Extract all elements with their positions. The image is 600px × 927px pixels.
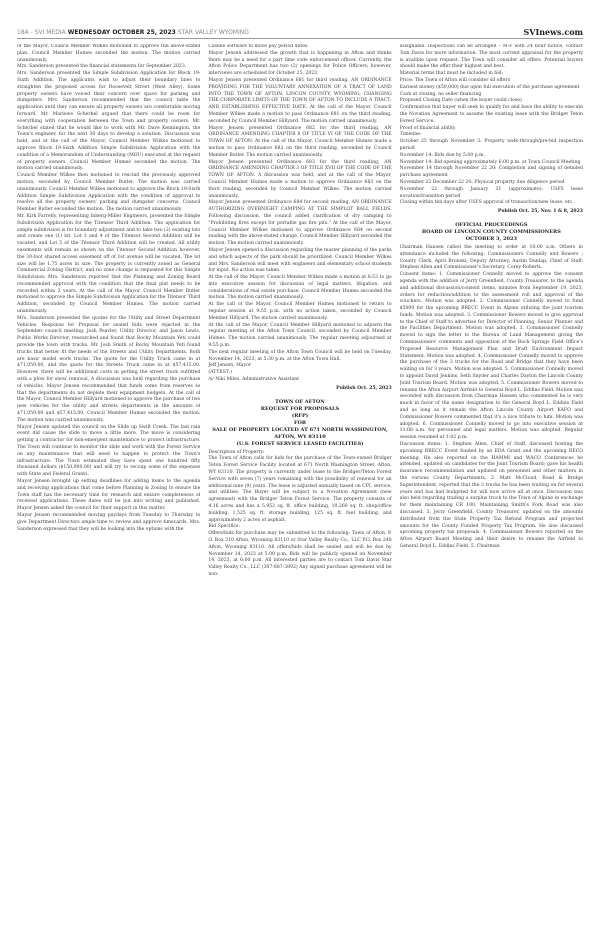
paragraph: Mayor Jensen presented Ordinance 683 for…: [208, 160, 391, 201]
rfp-heading-line: (U.S. FOREST SERVICE LEASED FACILITIES): [208, 441, 391, 448]
publish-notice: Publish Oct. 25, 2023: [208, 386, 391, 393]
paragraph: Chairman Hansen called the meeting to or…: [400, 245, 583, 272]
paragraph: Proof of financial ability: [400, 126, 583, 133]
column-1: of the Mayor, Council Member Wilkes moti…: [17, 44, 200, 897]
rfp-heading-line: (RFP): [208, 413, 391, 420]
paragraph: Mayor Jensen updated the council on the …: [17, 425, 200, 479]
issue-date: WEDNESDAY OCTOBER 25, 2023: [68, 29, 176, 36]
proceedings-heading: OFFICIAL PROCEEDINGSBOARD OF LINCOLN COU…: [400, 222, 583, 243]
paragraph: Council Member Wilkes then motioned to r…: [17, 173, 200, 214]
paragraph: Material terms that must be included in …: [400, 71, 583, 78]
paragraph: November 22 through January 31 (approxim…: [400, 187, 583, 201]
page-number: 18A - SVI MEDIA: [17, 29, 66, 36]
paragraph: Jeff Jensen, Mayor: [208, 363, 391, 370]
rfp-heading-line: FOR: [208, 420, 391, 427]
site-name: SVInews.com: [524, 27, 583, 37]
paragraph: November 14: Bids due by 5:00 p.m.: [400, 153, 583, 160]
paragraph: Consent items: 1. Commissioner Connelly …: [400, 272, 583, 442]
proceedings-heading-line: BOARD OF LINCOLN COUNTY COMMISSIONERS: [400, 229, 583, 236]
paragraph: The next regular meeting of the Afton To…: [208, 350, 391, 364]
paragraph: Mayor Jensen opened a discussion regardi…: [208, 248, 391, 275]
paragraph: Mayor Jensen brought up setting deadline…: [17, 479, 200, 513]
paragraph: of the Mayor, Council Member Wilkes moti…: [17, 44, 200, 64]
paragraph: Closing within ten days after USFS appro…: [400, 200, 583, 207]
paragraph: The Town of Afton calls for bids for the…: [208, 456, 391, 524]
paragraph: Mayor Jensen presented Ordinance 684 for…: [208, 200, 391, 248]
rfp-heading-line: TOWN OF AFTON: [208, 399, 391, 406]
paragraph: Mrs. Sanderson presented the Simple Subd…: [17, 71, 200, 173]
paragraph: Caselle software to move pay period date…: [208, 44, 391, 51]
paragraph: Discussion items: 1. Stephen Allen, Chie…: [400, 442, 583, 551]
column-3: assignable. Inspections can be arranged …: [400, 44, 583, 897]
paragraph: Price: The Town of Afton will consider s…: [400, 78, 583, 85]
paragraph: At the call of the Mayor, Council Member…: [208, 323, 391, 350]
header-dateline: 18A - SVI MEDIA WEDNESDAY OCTOBER 25, 20…: [17, 29, 249, 36]
column-2: Caselle software to move pay period date…: [208, 44, 391, 897]
publish-notice: Publish Oct. 25, Nov. 1 & 8, 2023: [400, 209, 583, 216]
paragraph: Offers/bids for purchase may be submitte…: [208, 531, 391, 579]
paragraph: Confirmation that buyer will seek to qua…: [400, 105, 583, 125]
paragraph: /s/ Niki Miles, Administrative Assistant: [208, 377, 391, 384]
proceedings-heading-line: OCTOBER 3, 2023: [400, 236, 583, 243]
page-header: 18A - SVI MEDIA WEDNESDAY OCTOBER 25, 20…: [17, 26, 583, 39]
paragraph: Mayor Jensen presented Ordinance 682 for…: [208, 126, 391, 160]
paragraph: Mayor Jensen recommended moving paydays …: [17, 513, 200, 533]
article-columns: of the Mayor, Council Member Wilkes moti…: [17, 44, 583, 897]
paragraph: Mayor Jensen presented Ordinance 681 for…: [208, 78, 391, 126]
rfp-heading-line: SALE OF PROPERTY LOCATED AT 671 NORTH WA…: [208, 427, 391, 441]
proceedings-heading-line: OFFICIAL PROCEEDINGS: [400, 222, 583, 229]
rfp-heading-line: REQUEST FOR PROPOSALS: [208, 406, 391, 413]
paragraph: assignable. Inspections can be arranged …: [400, 44, 583, 71]
paragraph: At the call of the Mayor, Council Member…: [208, 275, 391, 302]
paragraph: Mr. Kirk Farrelly, representing Inberg-M…: [17, 214, 200, 316]
paragraph: November 22 December 22 20: Physical pro…: [400, 180, 583, 187]
paragraph: At the call of the Mayor, Council Member…: [208, 302, 391, 322]
paragraph: Mrs. Sanderson presented the quotes for …: [17, 316, 200, 425]
paragraph: Mayor Jensen addressed the growth that i…: [208, 51, 391, 78]
paragraph: November 14 through November 22 20: Comp…: [400, 166, 583, 180]
paragraph: Earnest money ($50,000) due upon full ex…: [400, 85, 583, 92]
paragraph: October 25 through November 3: Property …: [400, 139, 583, 153]
rfp-heading: TOWN OF AFTONREQUEST FOR PROPOSALS(RFP)F…: [208, 399, 391, 448]
region-name: STAR VALLEY WYOMING: [178, 29, 249, 36]
